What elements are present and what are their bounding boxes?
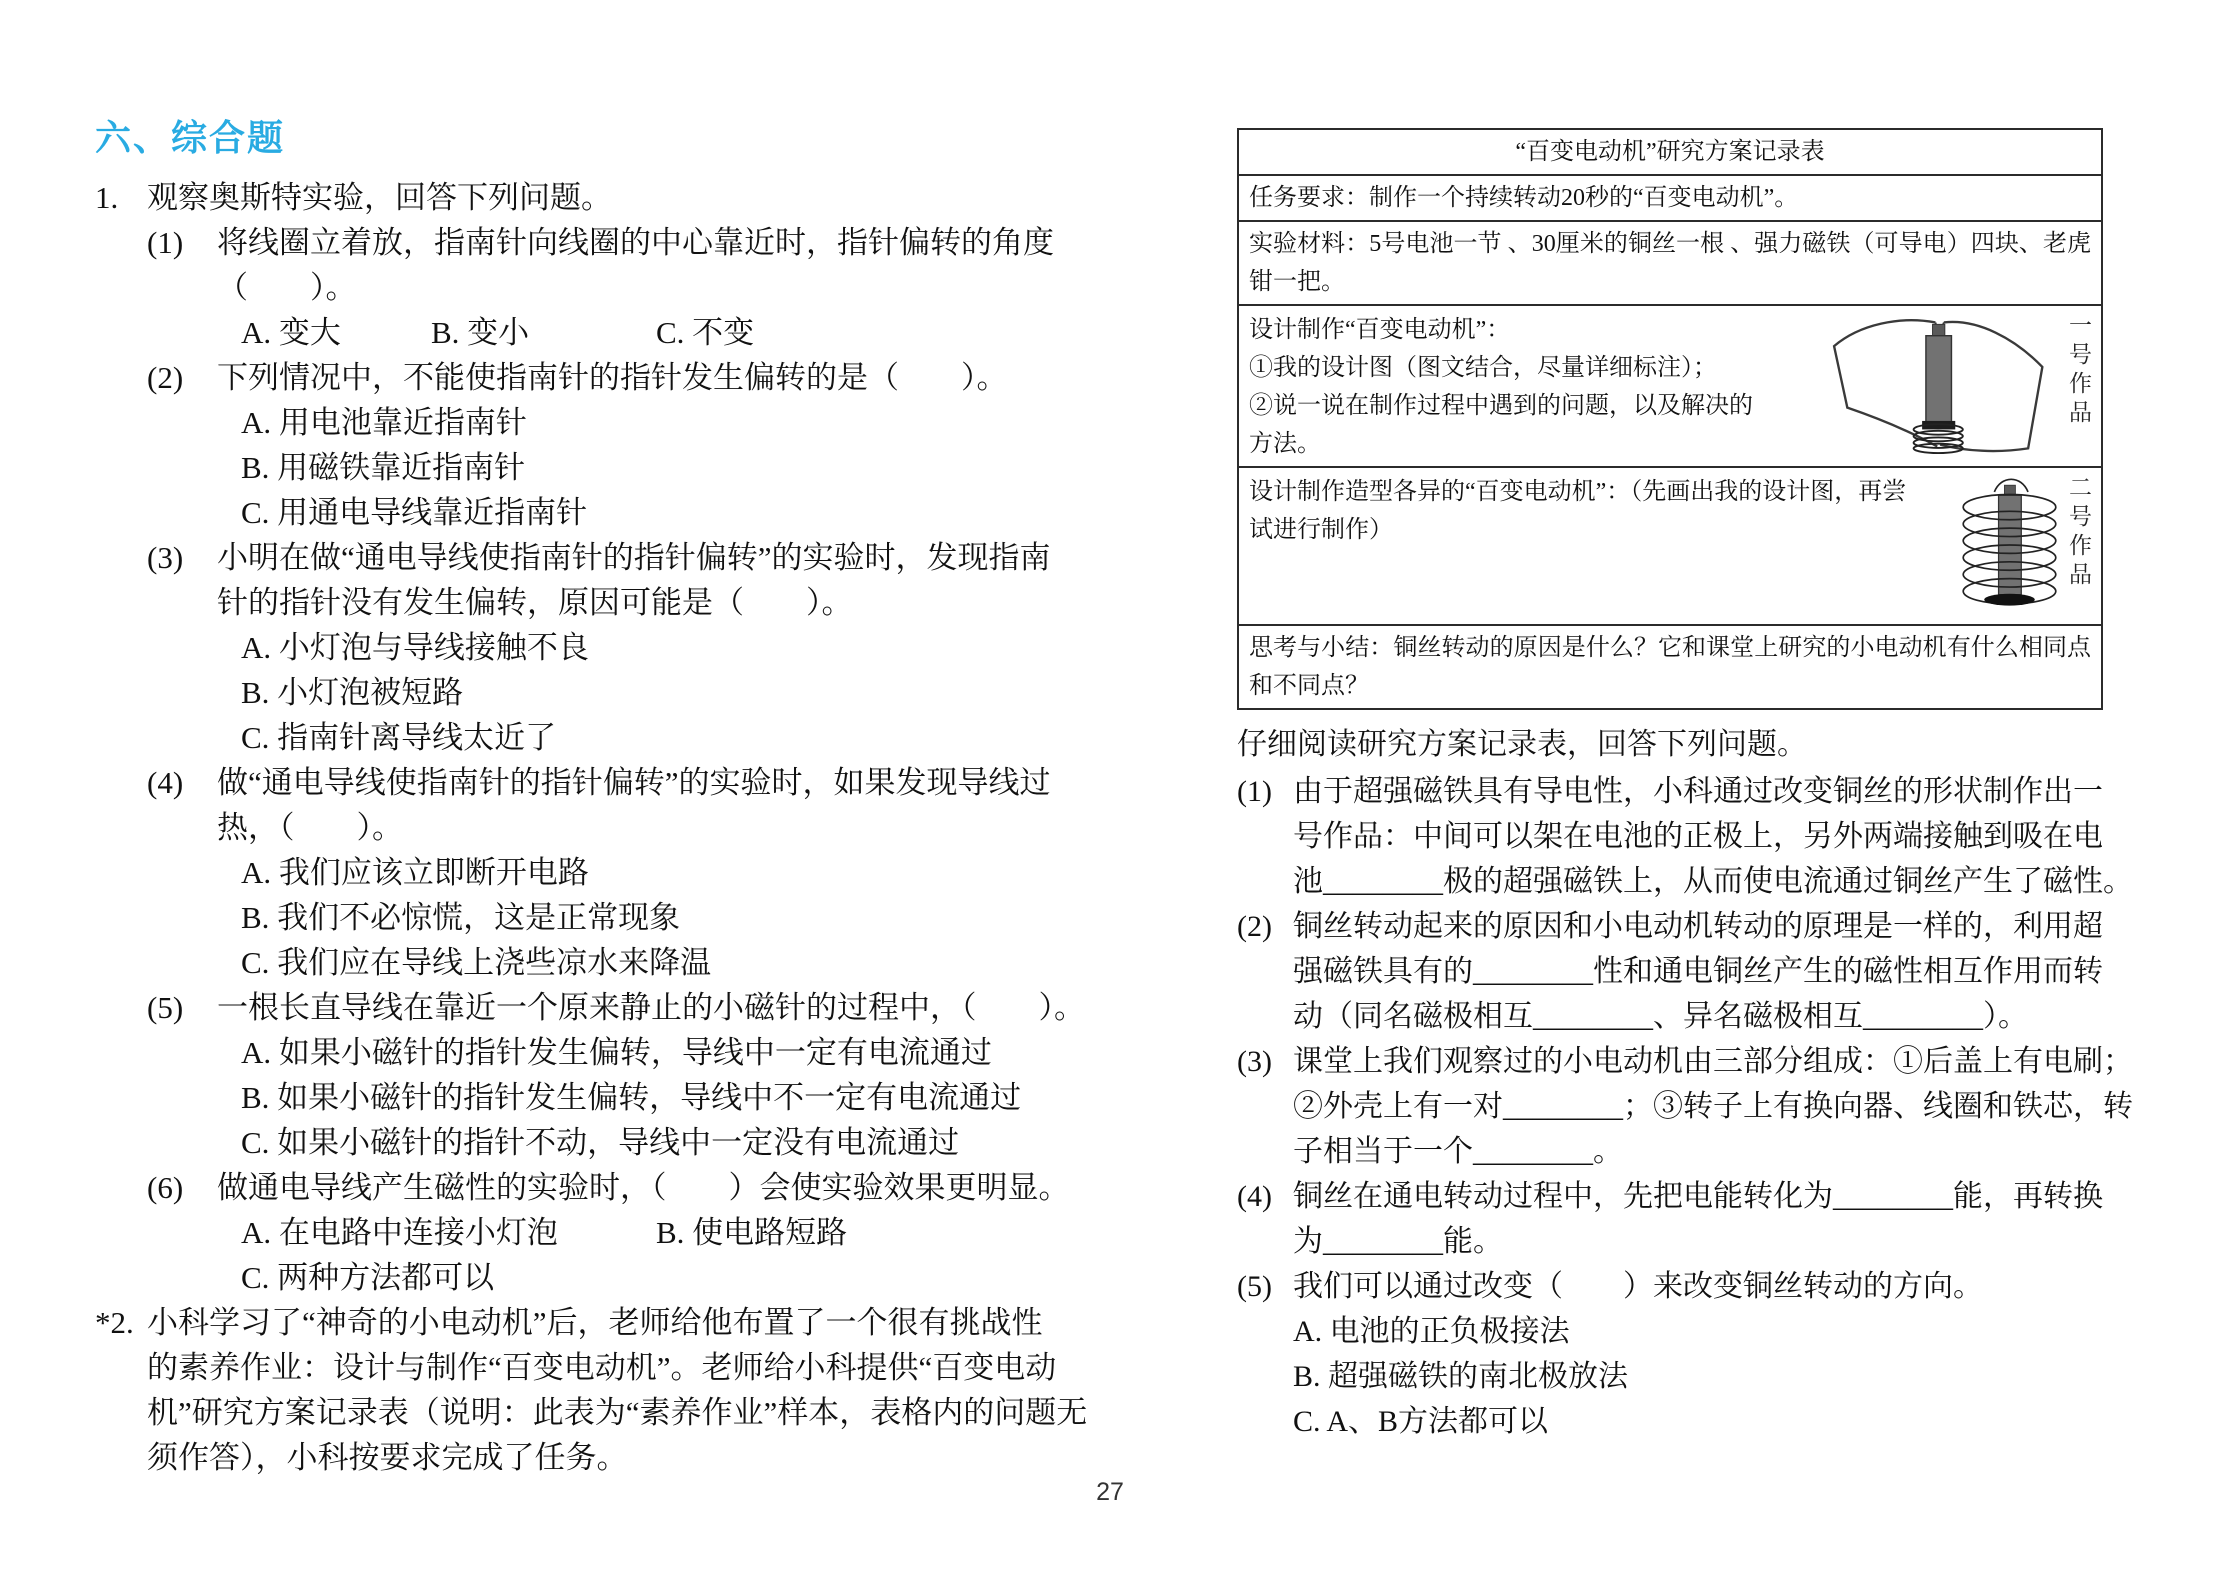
table-row-summary: 思考与小结：铜丝转动的原因是什么？它和课堂上研究的小电动机有什么相同点和不同点？: [1239, 624, 2101, 708]
option-a: A. 在电路中连接小灯泡: [241, 1210, 656, 1255]
subquestion-text: 一根长直导线在靠近一个原来静止的小磁针的过程中，（ ）。: [217, 985, 1173, 1030]
subquestion-text: 小明在做“通电导线使指南针的指针偏转”的实验时，发现指南: [217, 535, 1173, 580]
question-text: 观察奥斯特实验，回答下列问题。: [147, 175, 1173, 220]
subquestion-number: (6): [147, 1165, 217, 1210]
question-2-1: (1) 由于超强磁铁具有导电性，小科通过改变铜丝的形状制作出一 号作品：中间可以…: [1237, 769, 2103, 904]
subquestion-text: 由于超强磁铁具有导电性，小科通过改变铜丝的形状制作出一: [1293, 769, 2103, 814]
design-text: ②说一说在制作过程中遇到的问题，以及解决的: [1249, 387, 1824, 425]
reading-instruction: 仔细阅读研究方案记录表，回答下列问题。: [1237, 722, 2103, 767]
question-1-6: (6) 做通电导线产生磁性的实验时，（ ）会使实验效果更明显。 A. 在电路中连…: [147, 1165, 1173, 1300]
subquestion-number: (1): [147, 220, 217, 265]
subquestion-text: 为________能。: [1293, 1219, 2103, 1264]
subquestion-text: 号作品：中间可以架在电池的正极上，另外两端接触到吸在电: [1293, 814, 2103, 859]
design-text: 设计制作造型各异的“百变电动机”：（先画出我的设计图，再尝: [1249, 473, 1959, 511]
subquestion-number: (2): [147, 355, 217, 400]
question-2-2: (2) 铜丝转动起来的原因和小电动机转动的原理是一样的，利用超 强磁铁具有的__…: [1237, 904, 2103, 1039]
table-row-design-2: 设计制作造型各异的“百变电动机”：（先画出我的设计图，再尝 试进行制作）: [1239, 466, 2101, 624]
design-text: 试进行制作）: [1249, 511, 1959, 549]
option-a: A. 小灯泡与导线接触不良: [241, 625, 1173, 670]
subquestion-text: 强磁铁具有的________性和通电铜丝产生的磁性相互作用而转: [1293, 949, 2103, 994]
option-a: A. 变大: [241, 310, 431, 355]
option-c: C. 指南针离导线太近了: [241, 715, 1173, 760]
option-b: B. 使电路短路: [656, 1210, 847, 1255]
artifact-2-diagram: [1959, 475, 2060, 620]
subquestion-number: (4): [147, 760, 217, 805]
subquestion-text: 我们可以通过改变（ ）来改变铜丝转动的方向。: [1293, 1264, 2103, 1309]
question-text: 机”研究方案记录表（说明：此表为“素养作业”样本，表格内的问题无: [147, 1390, 1173, 1435]
options-row: A. 变大 B. 变小 C. 不变: [241, 310, 1173, 355]
subquestion-text: 池________极的超强磁铁上，从而使电流通过铜丝产生了磁性。: [1293, 859, 2103, 904]
subquestion-text: 热，（ ）。: [217, 805, 1173, 850]
option-b: B. 超强磁铁的南北极放法: [1293, 1354, 2103, 1399]
subquestion-text: 动（同名磁极相互________、异名磁极相互________）。: [1293, 994, 2103, 1039]
option-a: A. 如果小磁针的指针发生偏转，导线中一定有电流通过: [241, 1030, 1173, 1075]
option-c: C. 如果小磁针的指针不动，导线中一定没有电流通过: [241, 1120, 1173, 1165]
artifact-1-label: 一号作品: [2065, 313, 2091, 429]
options-row: A. 在电路中连接小灯泡 B. 使电路短路: [241, 1210, 1173, 1255]
artifact-2-label: 二号作品: [2065, 475, 2091, 591]
question-number: 1.: [95, 175, 147, 220]
option-c: C. 不变: [656, 310, 754, 355]
question-1-2: (2) 下列情况中，不能使指南针的指针发生偏转的是（ ）。 A. 用电池靠近指南…: [147, 355, 1173, 535]
option-a: A. 用电池靠近指南针: [241, 400, 1173, 445]
table-row-materials: 实验材料：5号电池一节 、30厘米的铜丝一根 、强力磁铁（可导电）四块、老虎钳一…: [1239, 220, 2101, 304]
subquestion-text: 子相当于一个________。: [1293, 1129, 2103, 1174]
option-b: B. 用磁铁靠近指南针: [241, 445, 1173, 490]
subquestion-text: 做通电导线产生磁性的实验时，（ ）会使实验效果更明显。: [217, 1165, 1173, 1210]
subquestion-text: 下列情况中，不能使指南针的指针发生偏转的是（ ）。: [217, 355, 1173, 400]
artifact-1-diagram: [1824, 313, 2060, 455]
subquestion-number: (1): [1237, 769, 1293, 814]
option-c: C. 我们应在导线上浇些凉水来降温: [241, 940, 1173, 985]
question-2-5: (5) 我们可以通过改变（ ）来改变铜丝转动的方向。 A. 电池的正负极接法 B…: [1237, 1264, 2103, 1444]
option-c: C. A、B方法都可以: [1293, 1399, 2103, 1444]
question-1-4: (4) 做“通电导线使指南针的指针偏转”的实验时，如果发现导线过 热，（ ）。 …: [147, 760, 1173, 985]
design-text: 方法。: [1249, 425, 1824, 463]
question-1-3: (3) 小明在做“通电导线使指南针的指针偏转”的实验时，发现指南 针的指针没有发…: [147, 535, 1173, 760]
right-column: “百变电动机”研究方案记录表 任务要求：制作一个持续转动20秒的“百变电动机”。…: [1237, 128, 2103, 1444]
design-text: 设计制作“百变电动机”：: [1249, 311, 1824, 349]
subquestion-text: 课堂上我们观察过的小电动机由三部分组成：①后盖上有电刷；: [1293, 1039, 2103, 1084]
question-2: *2. 小科学习了“神奇的小电动机”后，老师给他布置了一个很有挑战性 的素养作业…: [95, 1300, 1173, 1480]
question-1-5: (5) 一根长直导线在靠近一个原来静止的小磁针的过程中，（ ）。 A. 如果小磁…: [147, 985, 1173, 1165]
page-number: 27: [0, 1478, 2220, 1507]
option-a: A. 我们应该立即断开电路: [241, 850, 1173, 895]
option-b: B. 我们不必惊慌，这是正常现象: [241, 895, 1173, 940]
subquestion-number: (3): [1237, 1039, 1293, 1084]
subquestion-text: 铜丝转动起来的原因和小电动机转动的原理是一样的，利用超: [1293, 904, 2103, 949]
subquestion-number: (5): [147, 985, 217, 1030]
question-text: 须作答），小科按要求完成了任务。: [147, 1435, 1173, 1480]
table-title: “百变电动机”研究方案记录表: [1239, 130, 2101, 174]
left-column: 六、综合题 1. 观察奥斯特实验，回答下列问题。 (1) 将线圈立着放，指南针向…: [95, 110, 1173, 1480]
subquestion-number: (5): [1237, 1264, 1293, 1309]
subquestion-number: (3): [147, 535, 217, 580]
subquestion-text: 做“通电导线使指南针的指针偏转”的实验时，如果发现导线过: [217, 760, 1173, 805]
question-text: 小科学习了“神奇的小电动机”后，老师给他布置了一个很有挑战性: [147, 1300, 1173, 1345]
workbook-page: 六、综合题 1. 观察奥斯特实验，回答下列问题。 (1) 将线圈立着放，指南针向…: [0, 0, 2220, 1571]
subquestion-number: (2): [1237, 904, 1293, 949]
subquestion-text: 针的指针没有发生偏转，原因可能是（ ）。: [217, 580, 1173, 625]
option-c: C. 用通电导线靠近指南针: [241, 490, 1173, 535]
question-2-4: (4) 铜丝在通电转动过程中，先把电能转化为________能，再转换 为___…: [1237, 1174, 2103, 1264]
research-plan-table: “百变电动机”研究方案记录表 任务要求：制作一个持续转动20秒的“百变电动机”。…: [1237, 128, 2103, 710]
option-b: B. 小灯泡被短路: [241, 670, 1173, 715]
subquestion-number: (4): [1237, 1174, 1293, 1219]
option-b: B. 变小: [431, 310, 656, 355]
option-b: B. 如果小磁针的指针发生偏转，导线中不一定有电流通过: [241, 1075, 1173, 1120]
table-row-task: 任务要求：制作一个持续转动20秒的“百变电动机”。: [1239, 174, 2101, 220]
question-number: *2.: [95, 1300, 147, 1345]
section-title: 六、综合题: [95, 110, 1173, 161]
subquestion-text: 将线圈立着放，指南针向线圈的中心靠近时，指针偏转的角度: [217, 220, 1173, 265]
subquestion-text: （ ）。: [217, 265, 1173, 310]
option-c: C. 两种方法都可以: [241, 1255, 1173, 1300]
question-text: 的素养作业：设计与制作“百变电动机”。老师给小科提供“百变电动: [147, 1345, 1173, 1390]
question-2-3: (3) 课堂上我们观察过的小电动机由三部分组成：①后盖上有电刷； ②外壳上有一对…: [1237, 1039, 2103, 1174]
design-text: ①我的设计图（图文结合，尽量详细标注）；: [1249, 349, 1824, 387]
option-a: A. 电池的正负极接法: [1293, 1309, 2103, 1354]
subquestion-text: 铜丝在通电转动过程中，先把电能转化为________能，再转换: [1293, 1174, 2103, 1219]
subquestion-text: ②外壳上有一对________；③转子上有换向器、线圈和铁芯，转: [1293, 1084, 2103, 1129]
table-row-design-1: 设计制作“百变电动机”： ①我的设计图（图文结合，尽量详细标注）； ②说一说在制…: [1239, 304, 2101, 466]
question-1: 1. 观察奥斯特实验，回答下列问题。: [95, 175, 1173, 220]
question-1-1: (1) 将线圈立着放，指南针向线圈的中心靠近时，指针偏转的角度 （ ）。 A. …: [147, 220, 1173, 355]
